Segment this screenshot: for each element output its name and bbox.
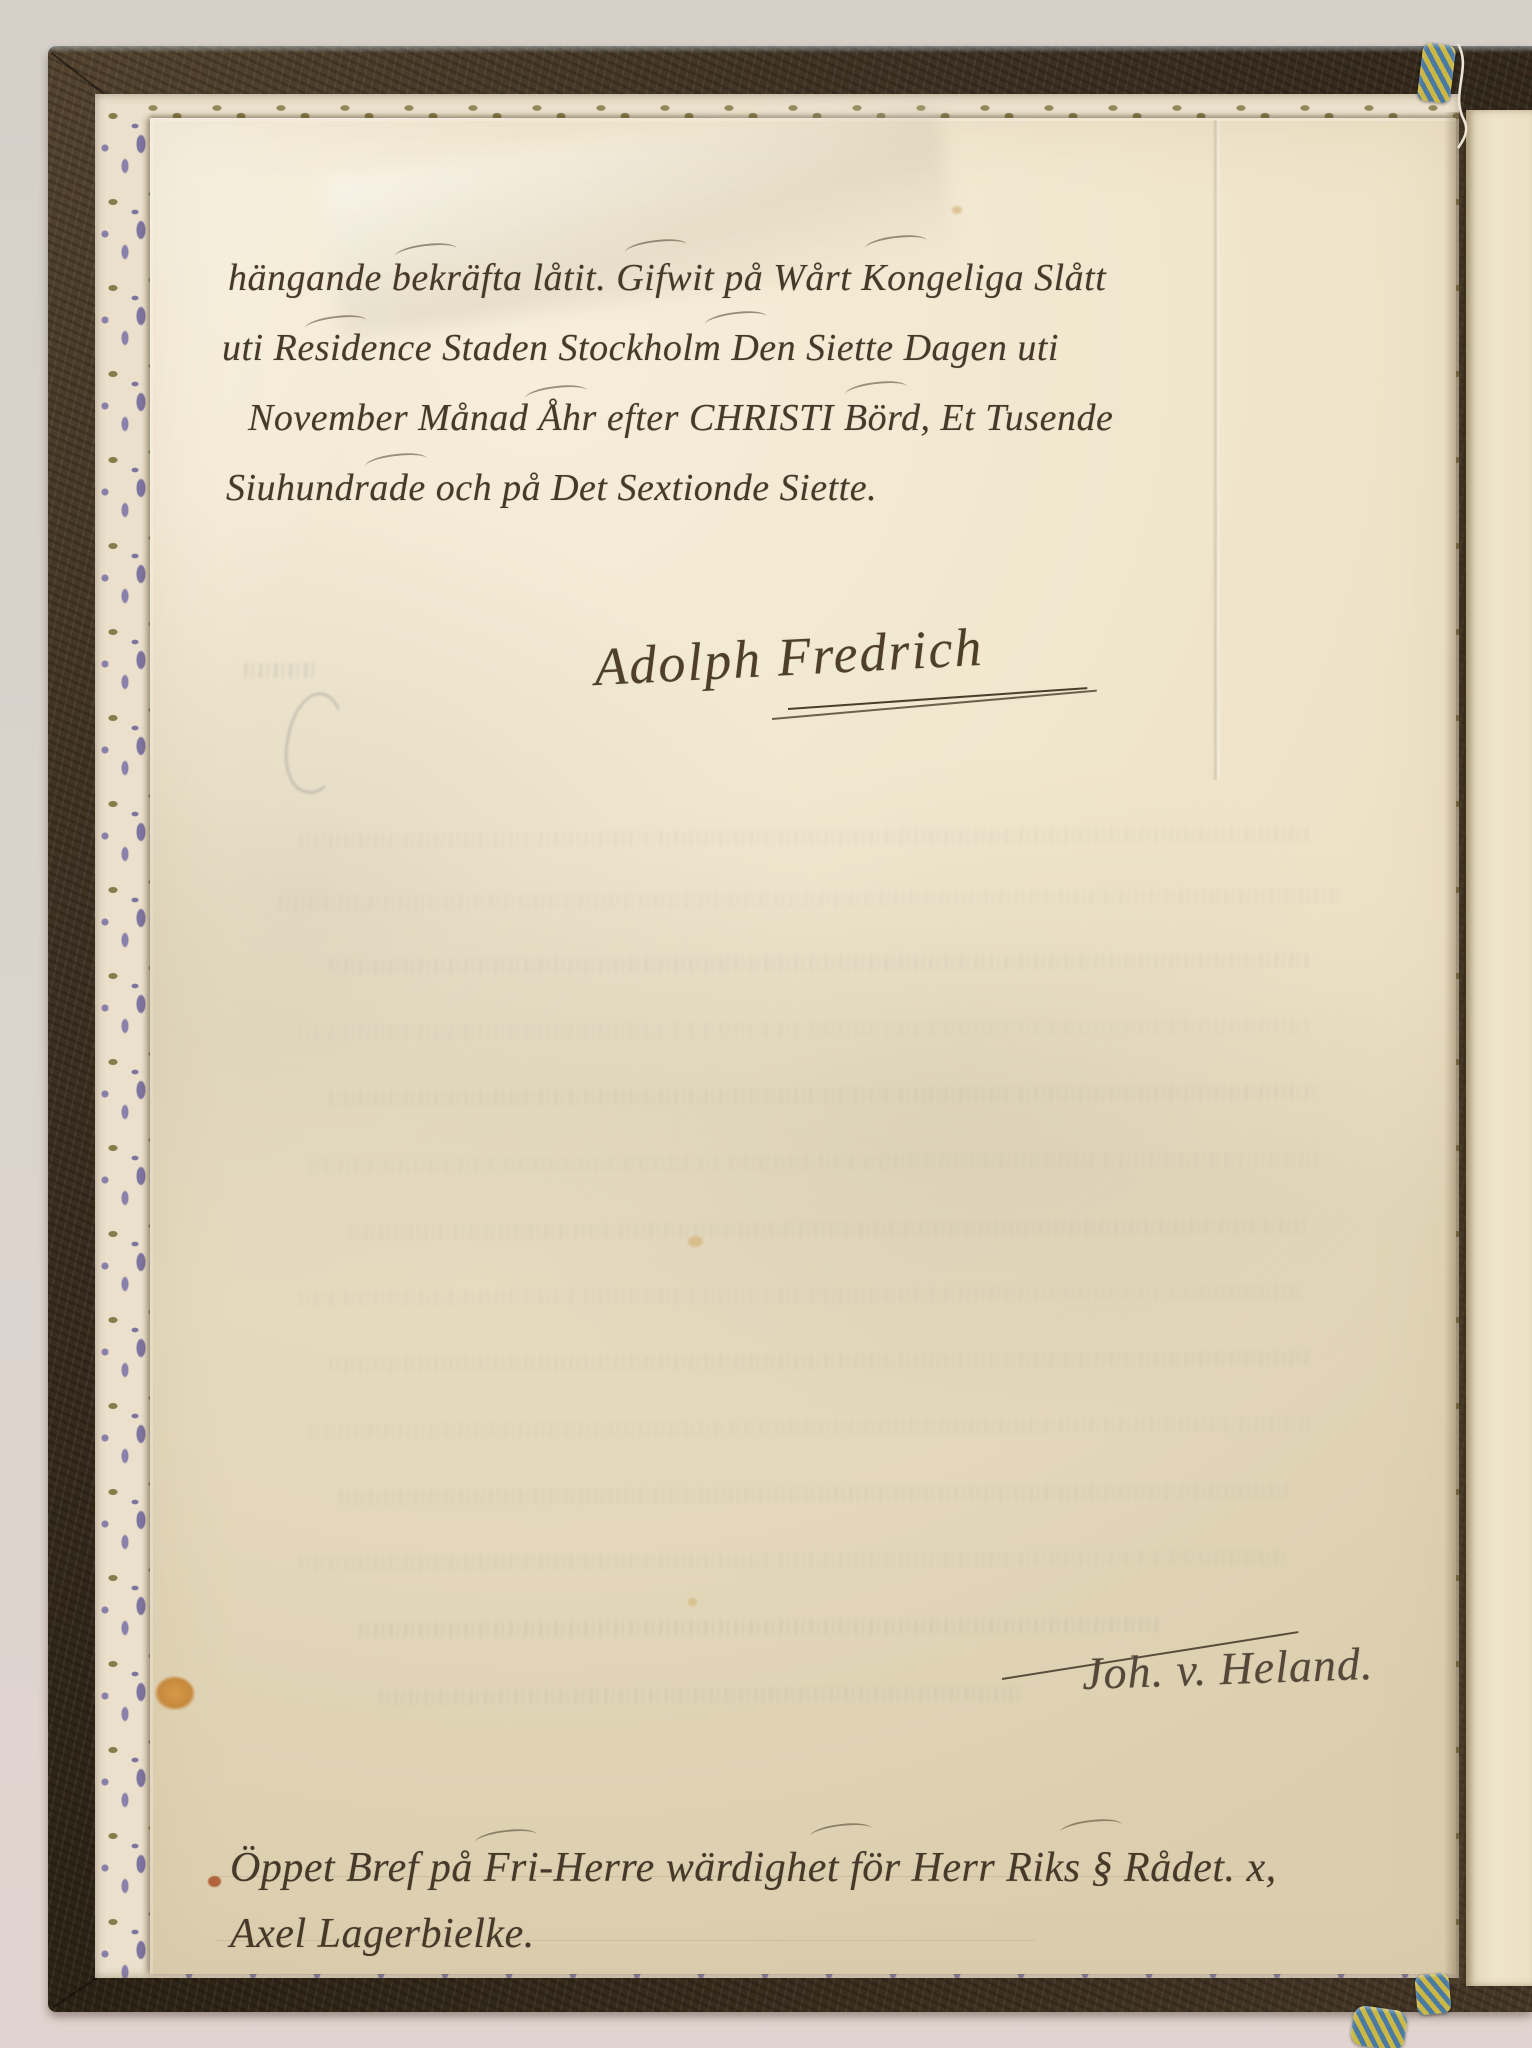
leather-glare-highlight [48,46,1532,53]
body-text-line-3: November Månad Åhr efter CHRISTI Börd, E… [248,396,1113,440]
body-text-line-4: Siuhundrade och på Det Sextionde Siette. [226,466,877,510]
vertical-paper-crease [1212,120,1221,780]
body-text-line-2: uti Residence Staden Stockholm Den Siett… [222,326,1059,370]
red-stain-dot [208,1876,221,1887]
foxing-spot [688,1598,697,1606]
headband-thread [1448,40,1494,152]
facing-page-edge [1466,110,1532,1986]
scanned-manuscript-photo: hängande bekräfta låtit. Gifwit på Wårt … [0,0,1532,2048]
ghost-text-row [245,663,315,678]
docket-line-2: Axel Lagerbielke. [230,1910,535,1958]
headband-bottom [1414,1973,1451,2016]
foxing-spot [952,206,962,214]
foxing-spot [688,1236,703,1247]
body-text-line-1: hängande bekräfta låtit. Gifwit på Wårt … [228,256,1106,300]
docket-line-1: Öppet Bref på Fri-Herre wärdighet för He… [230,1844,1277,1892]
book-gutter-shadow [1444,112,1468,1984]
headband-bottom-tassel [1349,2004,1408,2048]
countersignature: Joh. v. Heland. [1081,1637,1374,1700]
orange-stain [155,1676,195,1710]
